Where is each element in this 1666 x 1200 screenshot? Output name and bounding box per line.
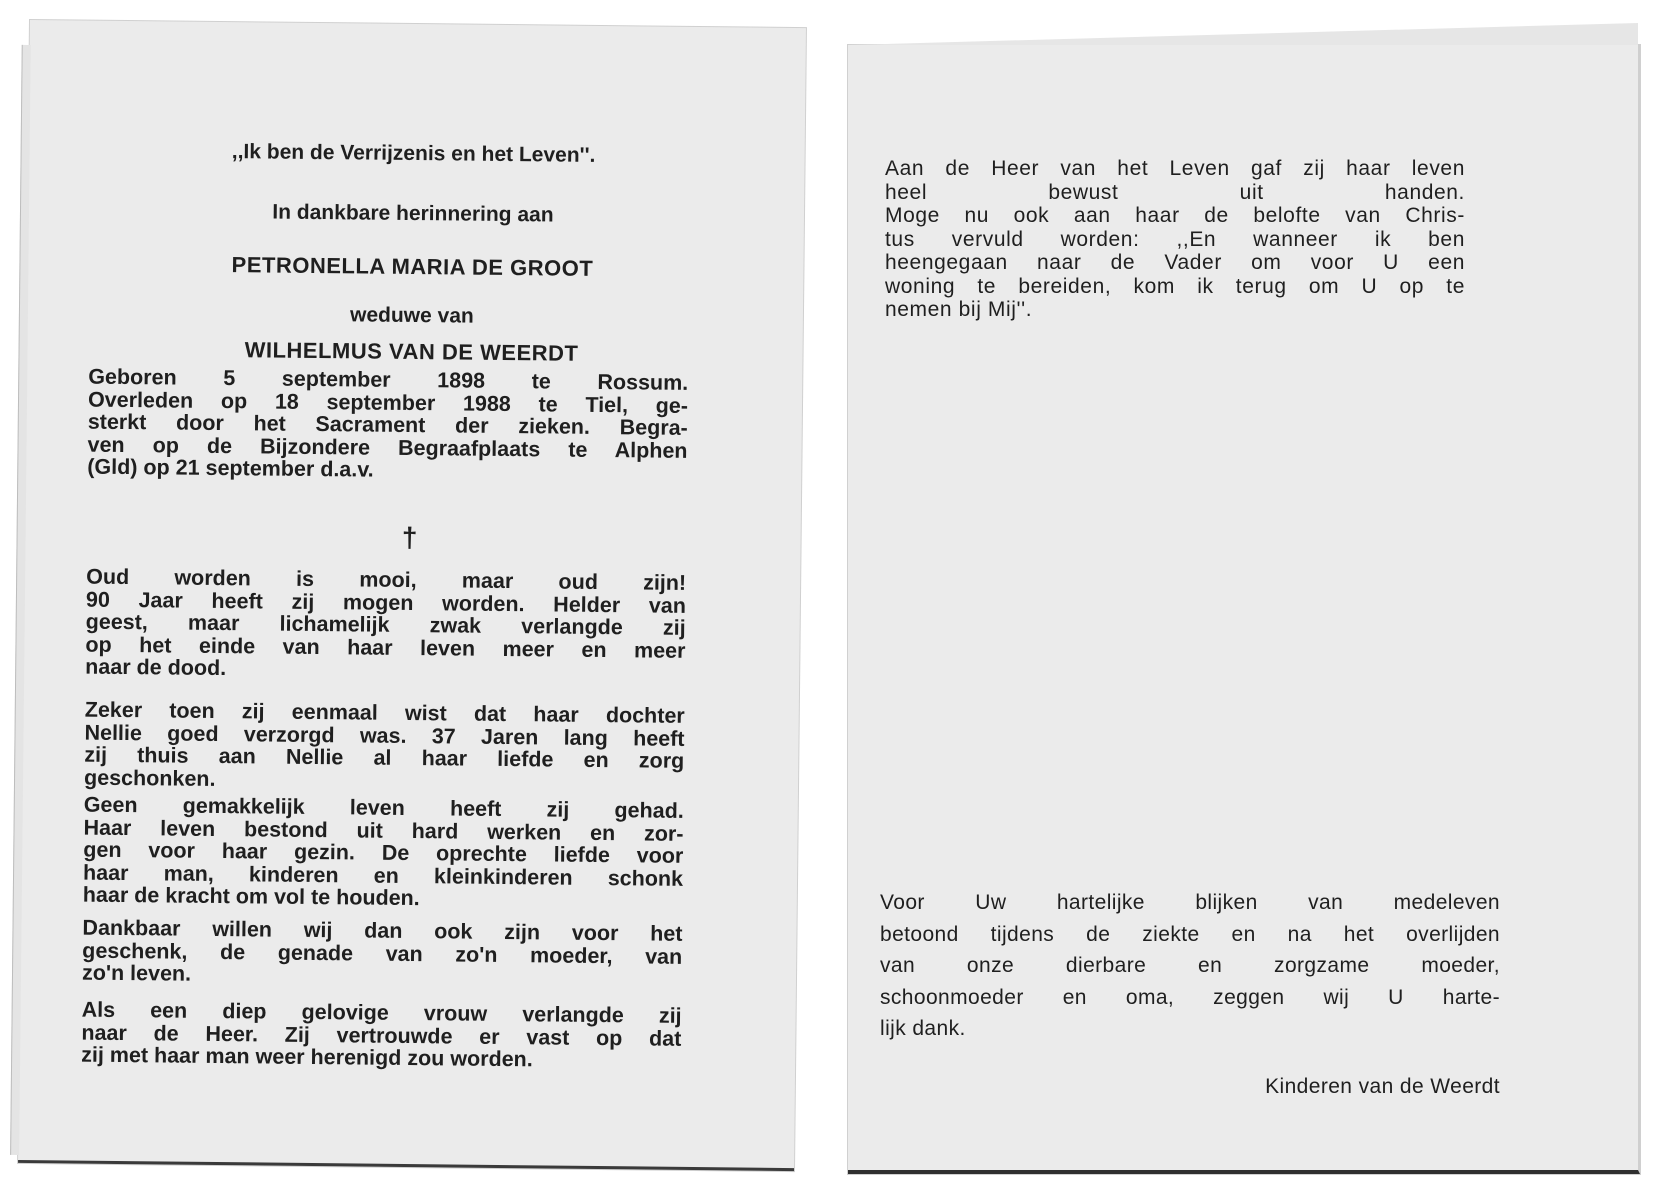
text-paragraph: Als een diep gelovige vrouw verlangde zi…	[81, 999, 682, 1073]
text-line: nemen bij Mij''.	[885, 298, 1465, 322]
deceased-name: PETRONELLA MARIA DE GROOT	[127, 251, 697, 283]
text-line: van onze dierbare en zorgzame moeder,	[880, 950, 1500, 982]
husband-name: WILHELMUS VAN DE WEERDT	[126, 336, 696, 368]
memorial-card-left-page: ,,Ik ben de Verrijzenis en het Leven''. …	[18, 20, 806, 1171]
text-paragraph: Geen gemakkelijk leven heeft zij gehad.H…	[83, 794, 684, 913]
cross-icon: †	[364, 522, 454, 555]
scripture-quote: ,,Ik ben de Verrijzenis en het Leven''.	[149, 139, 679, 169]
text-line: heengegaan naar de Vader om voor U een	[885, 251, 1465, 275]
biography-paragraph: Geboren 5 september 1898 te Rossum.Overl…	[87, 366, 688, 485]
text-line: Aan de Heer van het Leven gaf zij haar l…	[885, 157, 1465, 181]
text-line: betoond tijdens de ziekte en na het over…	[880, 919, 1500, 951]
text-paragraph: Zeker toen zij eenmaal wist dat haar doc…	[84, 699, 685, 795]
verse-paragraph: Aan de Heer van het Leven gaf zij haar l…	[885, 157, 1465, 322]
text-line: woning te bereiden, kom ik terug om U op…	[885, 275, 1465, 299]
memorial-card-right-page: Aan de Heer van het Leven gaf zij haar l…	[848, 45, 1640, 1174]
text-line: schoonmoeder en oma, zeggen wij U harte-	[880, 982, 1500, 1014]
text-line: tus vervuld worden: ,,En wanneer ik ben	[885, 228, 1465, 252]
widow-of-label: weduwe van	[147, 301, 677, 331]
text-line: Voor Uw hartelijke blijken van medeleven	[880, 887, 1500, 919]
text-line: heel bewust uit handen.	[885, 181, 1465, 205]
signature: Kinderen van de Weerdt	[1163, 1075, 1500, 1099]
dedication-line: In dankbare herinnering aan	[148, 199, 678, 229]
text-line: Moge nu ook aan haar de belofte van Chri…	[885, 204, 1465, 228]
thanks-paragraph: Voor Uw hartelijke blijken van medeleven…	[880, 887, 1500, 1045]
text-line: lijk dank.	[880, 1013, 1500, 1045]
text-paragraph: Oud worden is mooi, maar oud zijn!90 Jaa…	[85, 566, 686, 685]
text-paragraph: Dankbaar willen wij dan ook zijn voor he…	[82, 917, 683, 991]
